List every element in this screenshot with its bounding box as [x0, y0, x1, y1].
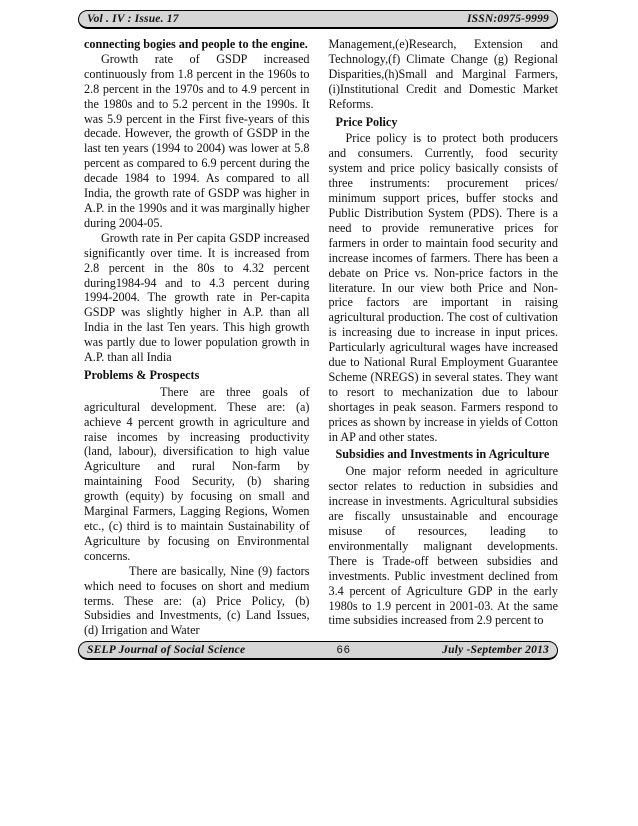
paragraph-gsdp-growth: Growth rate of GSDP increased continuous…: [84, 52, 310, 231]
heading-subsidies-investments: Subsidies and Investments in Agriculture: [329, 447, 559, 462]
right-column: Management,(e)Research, Extension and Te…: [327, 37, 559, 639]
heading-problems-prospects: Problems & Prospects: [84, 368, 310, 383]
heading-price-policy: Price Policy: [329, 115, 559, 130]
journal-page: Vol . IV : Issue. 17 ISSN:0975-9999 conn…: [0, 0, 638, 826]
paragraph-management-list: Management,(e)Research, Extension and Te…: [329, 37, 559, 112]
footer-bar: SELP Journal of Social Science 66 July -…: [78, 641, 558, 660]
paragraph-nine-factors: There are basically, Nine (9) factors wh…: [84, 564, 310, 639]
paragraph-price-policy: Price policy is to protect both producer…: [329, 131, 559, 444]
two-column-body: connecting bogies and people to the engi…: [78, 37, 558, 639]
left-column: connecting bogies and people to the engi…: [78, 37, 310, 639]
volume-issue-label: Vol . IV : Issue. 17: [87, 13, 179, 25]
lead-sentence-fragment: connecting bogies and people to the engi…: [84, 37, 310, 52]
journal-name-label: SELP Journal of Social Science: [87, 644, 245, 656]
paragraph-three-goals: There are three goals of agricultural de…: [84, 385, 310, 564]
page-number: 66: [337, 644, 351, 656]
issue-date-label: July -September 2013: [442, 644, 549, 656]
header-bar: Vol . IV : Issue. 17 ISSN:0975-9999: [78, 10, 558, 29]
issn-label: ISSN:0975-9999: [467, 13, 549, 25]
paragraph-subsidies-investments: One major reform needed in agriculture s…: [329, 464, 559, 628]
paragraph-per-capita-gsdp: Growth rate in Per capita GSDP increased…: [84, 231, 310, 365]
